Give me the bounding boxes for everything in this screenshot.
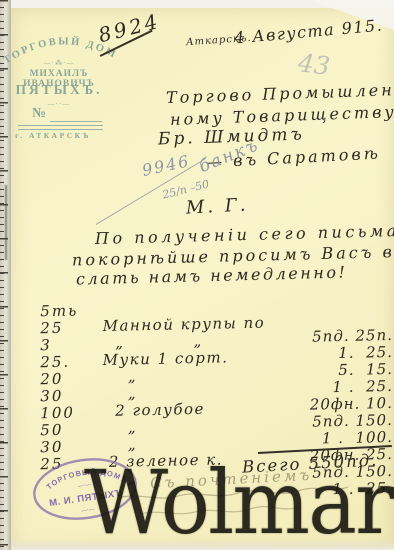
letterhead-city: г. АТКАРСКЪ xyxy=(0,131,106,140)
ruler-inscription xyxy=(5,185,7,260)
letterhead-surname: ПЯТЫХЪ. xyxy=(2,82,116,98)
pencil-mark-43: 43 xyxy=(297,50,332,80)
wolmar-watermark: Wolmar xyxy=(84,458,392,548)
scanned-letter-photo: ТОРГОВЫЙ ДОМЪ —·⁂·— МИХАИЛЪ ИВАНОВИЧЪ ПЯ… xyxy=(0,0,394,550)
letterhead-number-line xyxy=(50,121,102,122)
letterhead-ornament-mid: —··— xyxy=(2,100,116,108)
paper-bottom-edge xyxy=(11,539,394,550)
salutation: М. Г. xyxy=(186,196,249,218)
letterhead-double-rule xyxy=(18,125,103,130)
letterhead-ornament-top: —·⁂·— xyxy=(2,59,116,67)
letterhead-number-label: № xyxy=(32,106,46,122)
